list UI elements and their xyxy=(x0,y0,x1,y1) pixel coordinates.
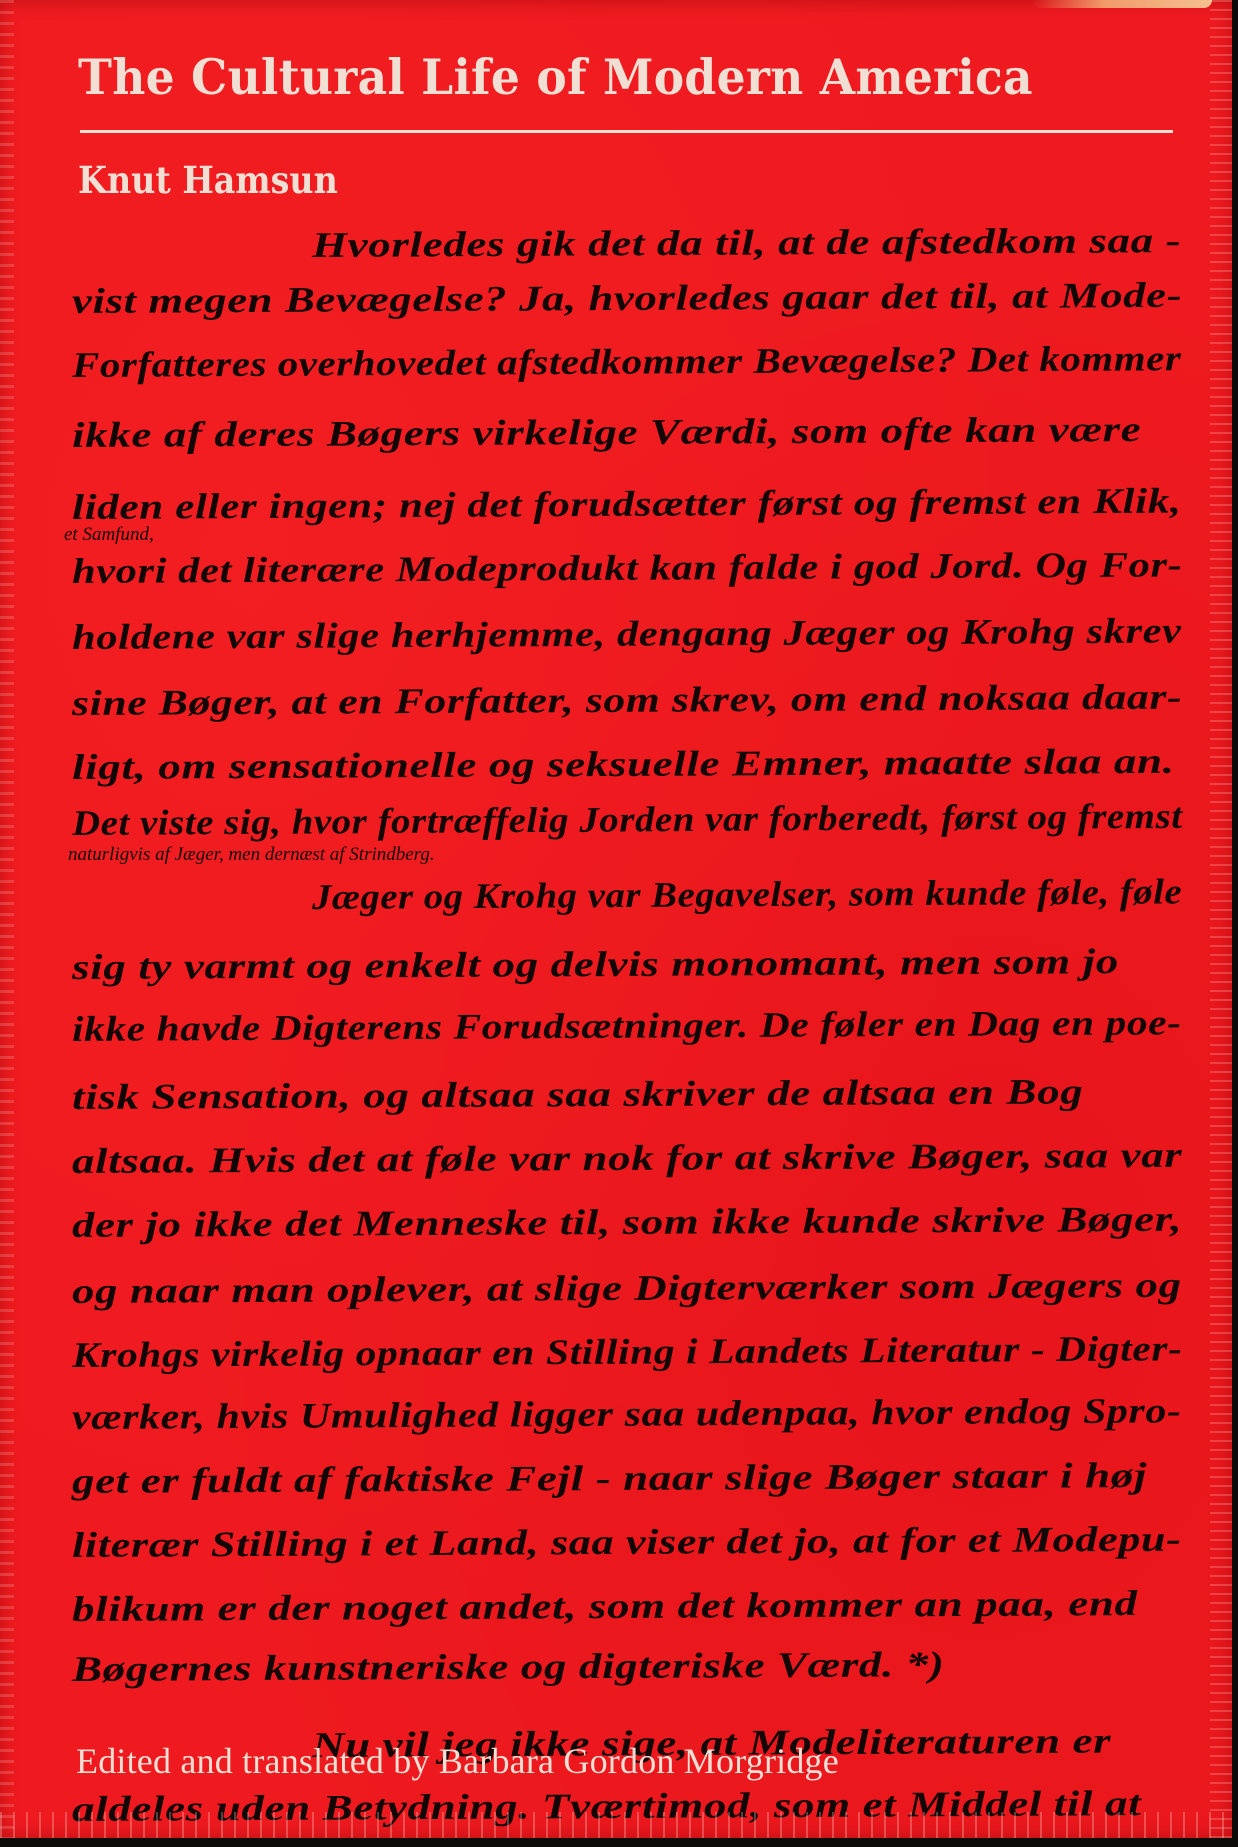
manuscript-line: værker, hvis Umulighed ligger saa udenpa… xyxy=(72,1389,1182,1438)
manuscript-line: Det viste sig, hvor fortræffelig Jorden … xyxy=(72,795,1183,844)
manuscript-line: holdene var slige herhjemme, dengang Jæg… xyxy=(72,609,1182,658)
author-name: Knut Hamsun xyxy=(78,158,338,202)
manuscript-line: ligt, om sensationelle og seksuelle Emne… xyxy=(72,740,1175,788)
manuscript-line: sine Bøger, at en Forfatter, som skrev, … xyxy=(72,676,1183,724)
manuscript-line: Bøgernes kunstneriske og digteriske Værd… xyxy=(72,1643,945,1690)
manuscript-line: get er fuldt af faktiske Fejl - naar sli… xyxy=(72,1454,1147,1502)
manuscript-margin-note: et Samfund, xyxy=(64,524,154,546)
manuscript-line: vist megen Bevægelse? Ja, hvorledes gaar… xyxy=(72,274,1183,322)
manuscript-line: Hvorledes gik det da til, at de afstedko… xyxy=(312,219,1182,266)
worn-corner xyxy=(1032,0,1212,8)
book-cover: The Cultural Life of Modern America Knut… xyxy=(0,0,1232,1838)
manuscript-line: literær Stilling i et Land, saa viser de… xyxy=(72,1518,1182,1566)
manuscript-line: Jæger og Krohg var Begavelser, som kunde… xyxy=(312,870,1182,918)
manuscript-line: der jo ikke det Menneske til, som ikke k… xyxy=(72,1198,1182,1246)
manuscript-line: sig ty varmt og enkelt og delvis monoman… xyxy=(72,940,1119,988)
manuscript-line: ikke af deres Bøgers virkelige Værdi, so… xyxy=(72,408,1142,456)
manuscript-line: Forfatteres overhovedet afstedkommer Bev… xyxy=(72,337,1182,386)
manuscript-margin-note: naturligvis af Jæger, men dernæst af Str… xyxy=(68,844,435,866)
worn-edge xyxy=(0,1812,1232,1838)
manuscript-line: og naar man oplever, at slige Digterværk… xyxy=(72,1264,1182,1312)
translator-credit: Edited and translated by Barbara Gordon … xyxy=(76,1740,839,1782)
title-divider xyxy=(80,130,1173,133)
manuscript-line: liden eller ingen; nej det forudsætter f… xyxy=(72,480,1182,528)
manuscript-line: Krohgs virkelig opnaar en Stilling i Lan… xyxy=(72,1327,1183,1376)
manuscript-line: blikum er der noget andet, som det komme… xyxy=(72,1582,1138,1630)
book-title: The Cultural Life of Modern America xyxy=(78,48,1033,106)
manuscript-line: tisk Sensation, og altsaa saa skriver de… xyxy=(72,1070,1084,1118)
manuscript-line: altsaa. Hvis det at føle var nok for at … xyxy=(72,1134,1183,1182)
manuscript-line: ikke havde Digterens Forudsætninger. De … xyxy=(72,1001,1182,1050)
manuscript-line: hvori det literære Modeprodukt kan falde… xyxy=(72,543,1183,592)
